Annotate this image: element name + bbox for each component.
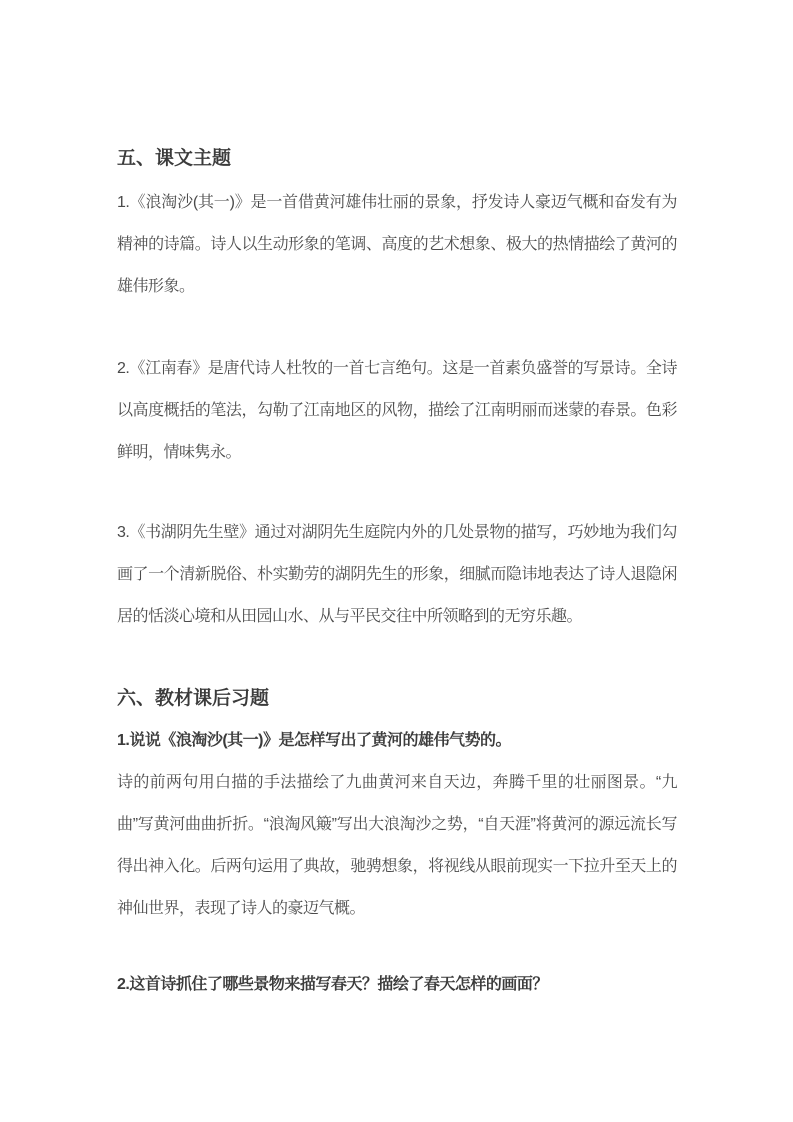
paragraph-shuhuyin-theme: 3.《书湖阴先生壁》通过对湖阴先生庭院内外的几处景物的描写，巧妙地为我们勾画了一… [117,512,677,638]
paragraph-jiangnanchun-theme: 2.《江南春》是唐代诗人杜牧的一首七言绝句。这是一首素负盛誉的写景诗。全诗以高度… [117,348,677,474]
exercise-answer-1: 诗的前两句用白描的手法描绘了九曲黄河来自天边，奔腾千里的壮丽图景。“九曲”写黄河… [117,762,677,930]
exercise-question-1: 1.说说《浪淘沙(其一)》是怎样写出了黄河的雄伟气势的。 [117,720,677,762]
paragraph-langtaosha-theme: 1.《浪淘沙(其一)》是一首借黄河雄伟壮丽的景象，抒发诗人豪迈气概和奋发有为精神… [117,182,677,308]
section-heading-text-themes: 五、课文主题 [117,138,677,180]
section-heading-exercises: 六、教材课后习题 [117,678,677,720]
exercise-question-2: 2.这首诗抓住了哪些景物来描写春天？描绘了春天怎样的画面？ [117,964,677,1006]
document-page: 五、课文主题 1.《浪淘沙(其一)》是一首借黄河雄伟壮丽的景象，抒发诗人豪迈气概… [0,0,793,1122]
document-content: 五、课文主题 1.《浪淘沙(其一)》是一首借黄河雄伟壮丽的景象，抒发诗人豪迈气概… [0,0,793,1006]
